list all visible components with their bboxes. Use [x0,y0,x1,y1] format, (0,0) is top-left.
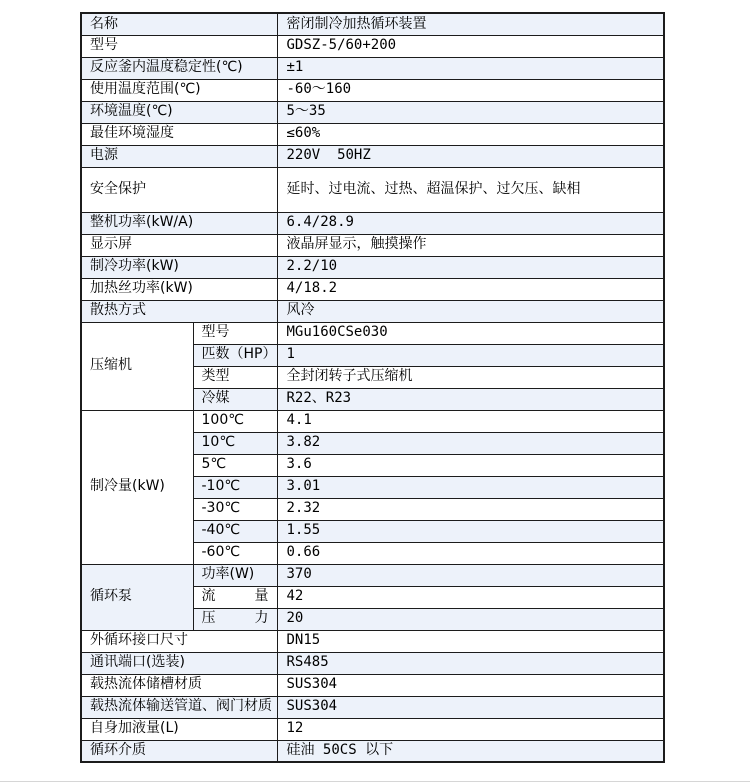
table-row: 循环泵功率(W)370 [81,564,664,586]
row-value-cell: GDSZ-5/60+200 [277,35,664,57]
row-value-cell: SUS304 [277,696,664,718]
row-value-cell: SUS304 [277,674,664,696]
table-row: 循环介质硅油 50CS 以下 [81,740,664,762]
row-label-cell: 载热流体输送管道、阀门材质 [81,696,277,718]
table-row: 加热丝功率(kW)4/18.2 [81,278,664,300]
row-value-cell: ≤60% [277,123,664,145]
row-sub-label-cell: 压 力 [193,608,277,630]
row-value-cell: 12 [277,718,664,740]
row-value-cell: 3.6 [277,454,664,476]
row-value-cell: 6.4/28.9 [277,212,664,234]
row-value-cell: 0.66 [277,542,664,564]
row-label-cell: 自身加液量(L) [81,718,277,740]
row-value-cell: R22、R23 [277,388,664,410]
row-value-cell: 1.55 [277,520,664,542]
row-value-cell: RS485 [277,652,664,674]
table-row: 通讯端口(选装)RS485 [81,652,664,674]
table-row: 制冷功率(kW)2.2/10 [81,256,664,278]
row-label-cell: 散热方式 [81,300,277,322]
row-sub-label-cell: 5℃ [193,454,277,476]
row-value-cell: 全封闭转子式压缩机 [277,366,664,388]
spec-table-body: 名称密闭制冷加热循环装置型号GDSZ-5/60+200反应釜内温度稳定性(℃)±… [81,13,664,762]
table-row: 最佳环境湿度≤60% [81,123,664,145]
table-row: 外循环接口尺寸DN15 [81,630,664,652]
spec-table-container: 名称密闭制冷加热循环装置型号GDSZ-5/60+200反应釜内温度稳定性(℃)±… [80,12,665,763]
table-row: 型号GDSZ-5/60+200 [81,35,664,57]
table-row: 载热流体输送管道、阀门材质SUS304 [81,696,664,718]
row-value-cell: -60～160 [277,79,664,101]
row-value-cell: 3.82 [277,432,664,454]
row-group-cell: 压缩机 [81,322,193,410]
row-value-cell: 液晶屏显示，触摸操作 [277,234,664,256]
page-bottom-divider [0,781,750,782]
row-sub-label-cell: 冷媒 [193,388,277,410]
table-row: 环境温度(℃)5～35 [81,101,664,123]
row-value-cell: DN15 [277,630,664,652]
row-label-cell: 环境温度(℃) [81,101,277,123]
row-value-cell: 3.01 [277,476,664,498]
row-sub-label-cell: -30℃ [193,498,277,520]
table-row: 压缩机型号MGu160CSe030 [81,322,664,344]
table-row: 反应釜内温度稳定性(℃)±1 [81,57,664,79]
row-sub-label-cell: -10℃ [193,476,277,498]
row-value-cell: 2.2/10 [277,256,664,278]
row-label-cell: 外循环接口尺寸 [81,630,277,652]
row-label-cell: 反应釜内温度稳定性(℃) [81,57,277,79]
row-sub-label-cell: 10℃ [193,432,277,454]
row-sub-label-cell: -40℃ [193,520,277,542]
row-sub-label-cell: 100℃ [193,410,277,432]
table-row: 电源220V 50HZ [81,145,664,167]
table-row: 散热方式风冷 [81,300,664,322]
row-value-cell: 5～35 [277,101,664,123]
table-row: 显示屏液晶屏显示，触摸操作 [81,234,664,256]
row-value-cell: 370 [277,564,664,586]
row-value-cell: 密闭制冷加热循环装置 [277,13,664,35]
table-row: 载热流体储槽材质SUS304 [81,674,664,696]
row-value-cell: 42 [277,586,664,608]
row-value-cell: 风冷 [277,300,664,322]
row-value-cell: 1 [277,344,664,366]
row-sub-label-cell: 类型 [193,366,277,388]
row-label-cell: 型号 [81,35,277,57]
table-row: 整机功率(kW/A)6.4/28.9 [81,212,664,234]
row-label-cell: 制冷功率(kW) [81,256,277,278]
row-sub-label-cell: 匹数（HP） [193,344,277,366]
row-value-cell: MGu160CSe030 [277,322,664,344]
table-row: 自身加液量(L)12 [81,718,664,740]
row-label-cell: 使用温度范围(℃) [81,79,277,101]
row-value-cell: 4/18.2 [277,278,664,300]
table-row: 制冷量(kW)100℃4.1 [81,410,664,432]
row-value-cell: 220V 50HZ [277,145,664,167]
row-label-cell: 加热丝功率(kW) [81,278,277,300]
row-label-cell: 显示屏 [81,234,277,256]
table-row: 名称密闭制冷加热循环装置 [81,13,664,35]
table-row: 使用温度范围(℃)-60～160 [81,79,664,101]
row-sub-label-cell: 型号 [193,322,277,344]
row-label-cell: 整机功率(kW/A) [81,212,277,234]
spec-table: 名称密闭制冷加热循环装置型号GDSZ-5/60+200反应釜内温度稳定性(℃)±… [80,12,665,763]
table-row: 安全保护延时、过电流、过热、超温保护、过欠压、缺相 [81,167,664,212]
row-sub-label-cell: 功率(W) [193,564,277,586]
row-group-cell: 循环泵 [81,564,193,630]
row-label-cell: 通讯端口(选装) [81,652,277,674]
row-label-cell: 循环介质 [81,740,277,762]
row-value-cell: 延时、过电流、过热、超温保护、过欠压、缺相 [277,167,664,212]
row-value-cell: 2.32 [277,498,664,520]
row-value-cell: 硅油 50CS 以下 [277,740,664,762]
row-group-cell: 制冷量(kW) [81,410,193,564]
row-label-cell: 电源 [81,145,277,167]
row-sub-label-cell: -60℃ [193,542,277,564]
row-value-cell: ±1 [277,57,664,79]
row-sub-label-cell: 流 量 [193,586,277,608]
row-label-cell: 安全保护 [81,167,277,212]
row-label-cell: 最佳环境湿度 [81,123,277,145]
row-value-cell: 20 [277,608,664,630]
row-label-cell: 载热流体储槽材质 [81,674,277,696]
row-label-cell: 名称 [81,13,277,35]
row-value-cell: 4.1 [277,410,664,432]
